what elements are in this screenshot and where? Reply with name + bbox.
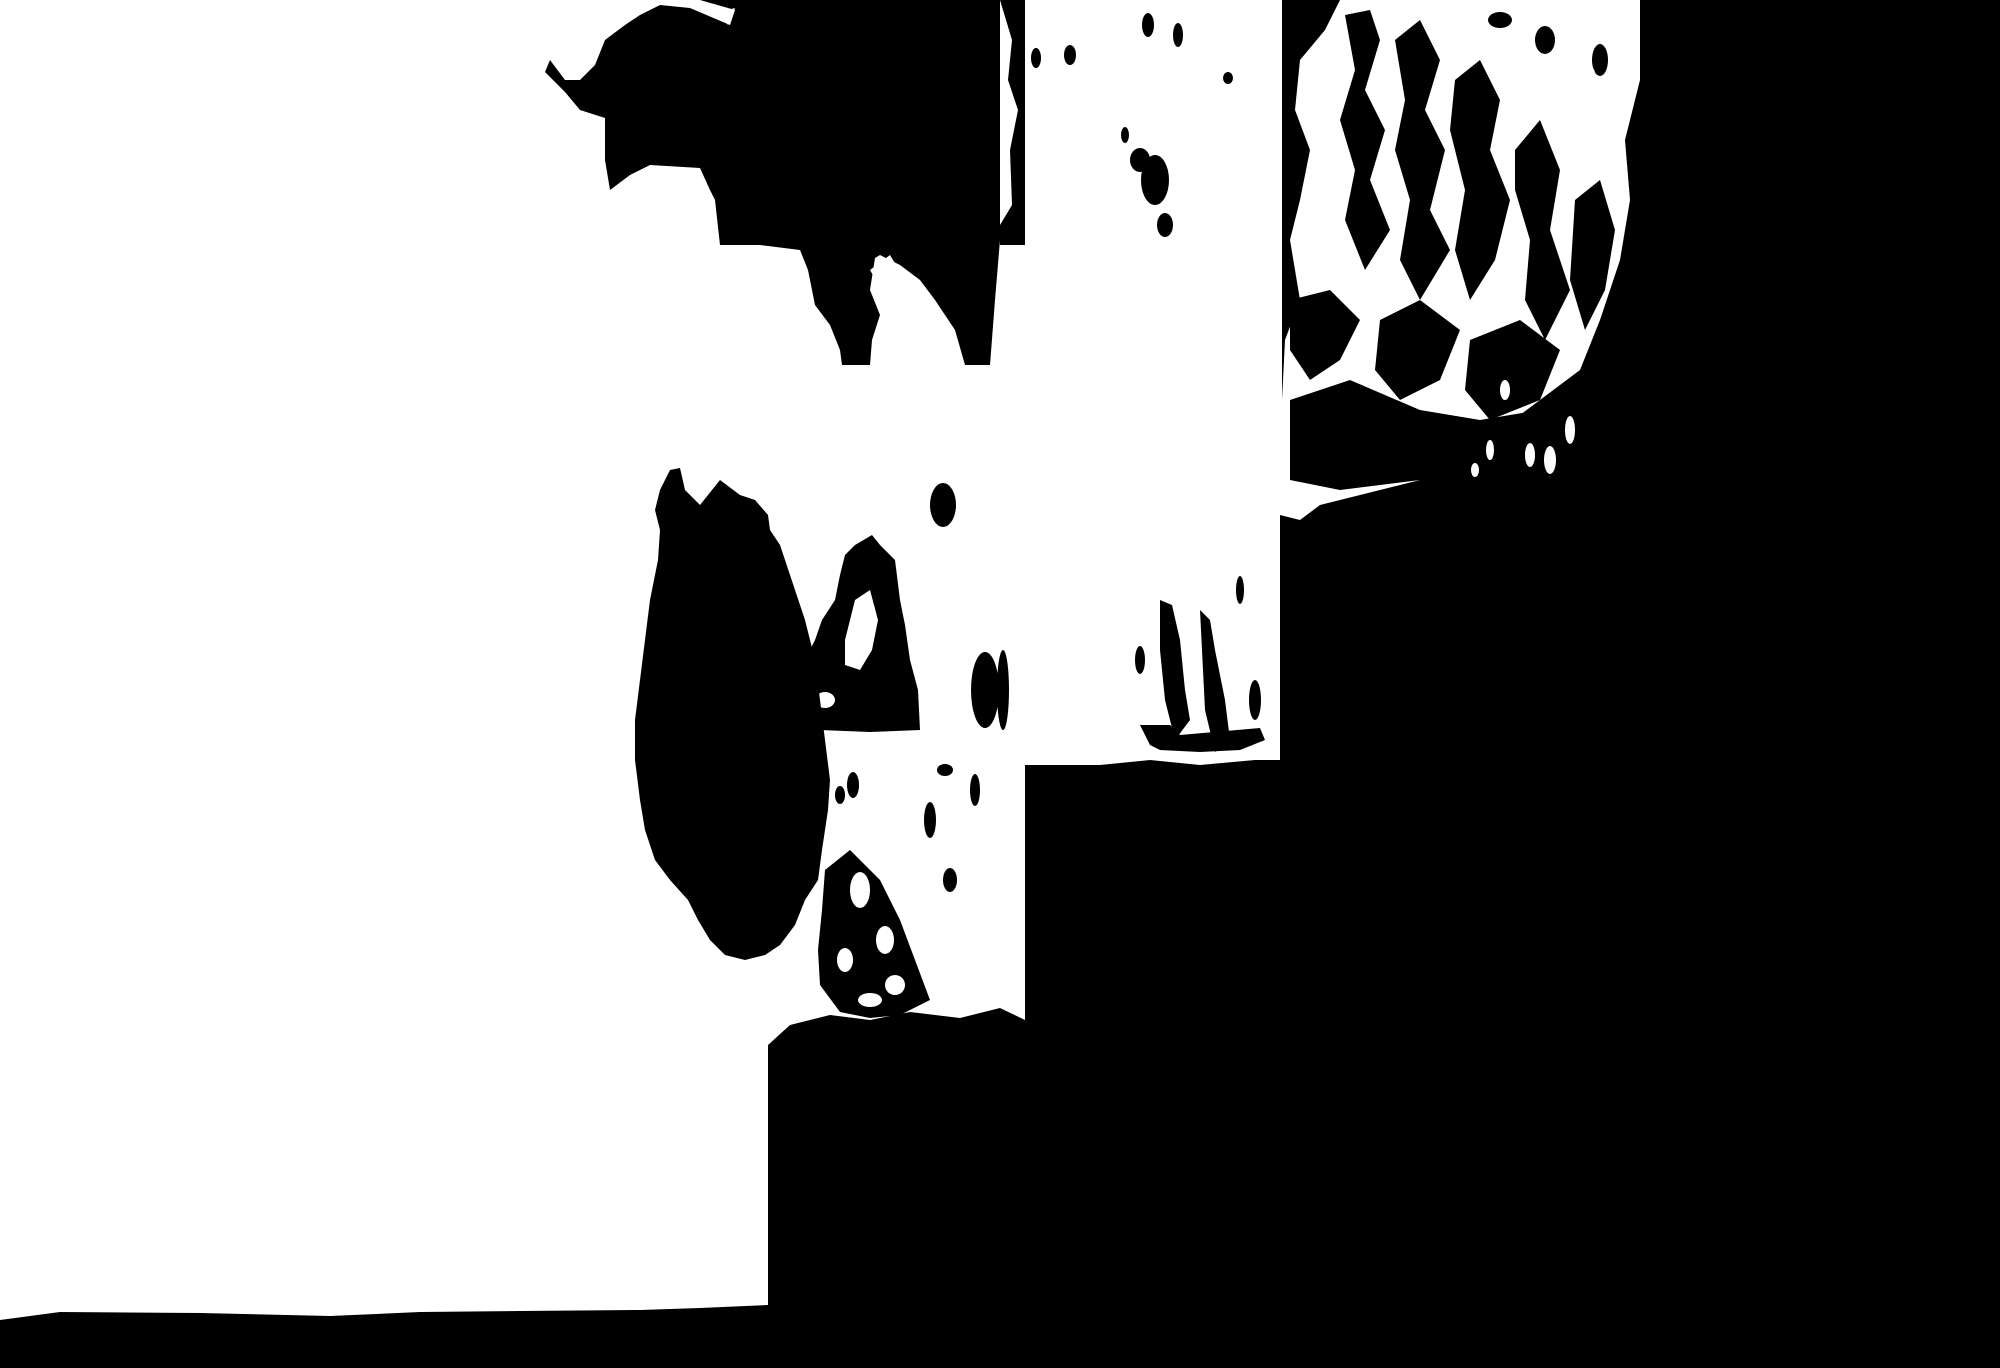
bottom-black-band <box>0 1305 768 1368</box>
binary-mask-image <box>0 0 2000 1368</box>
